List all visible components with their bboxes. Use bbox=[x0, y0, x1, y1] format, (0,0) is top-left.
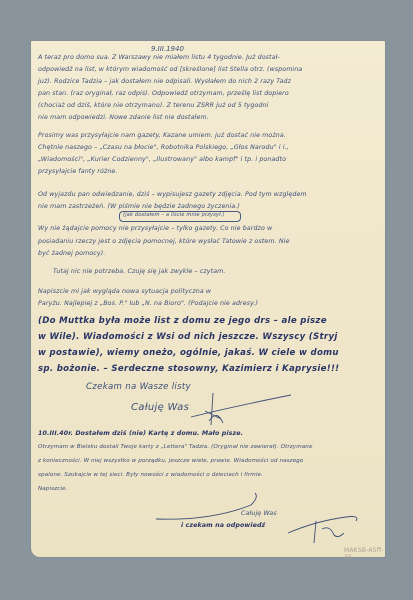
text-line: już). Rodzice Tadzia – jak dostałem nie … bbox=[38, 77, 291, 86]
text-line: z konieczności. W niej wszystko w porząd… bbox=[38, 457, 303, 466]
text-line: sp. bożonie. – Serdeczne stosowny, Kazim… bbox=[38, 365, 339, 374]
pen-stroke-icon bbox=[151, 493, 271, 523]
text-line: spalone. Szukajcie w tej sieci. Były now… bbox=[38, 471, 263, 480]
archive-stamp: MAKSB-A5ff-35 bbox=[344, 547, 385, 561]
text-line: odpowiedź na list, w którym wiadomość od… bbox=[38, 65, 302, 74]
text-line: nie mam zastrzeżeń. (W piśmie nie będzie… bbox=[38, 202, 240, 211]
text-line: Napiszcie mi jak wygląda nowa sytuacja p… bbox=[38, 287, 211, 296]
text-line: Paryżu. Najlepiej z „Bos. P." lub „N. na… bbox=[38, 299, 258, 308]
text-line: A teraz pro domo sua. Z Warszawy nie mia… bbox=[38, 53, 280, 62]
text-line: Prosimy was przysyłajcie nam gazety, Kaz… bbox=[38, 131, 286, 140]
letter-page: 9.III.1940 A teraz pro domo sua. Z Warsz… bbox=[31, 41, 385, 557]
text-line: Wy nie żądajcie pomocy nie przysyłajcie … bbox=[38, 224, 272, 233]
closing-line: Czekam na Wasze listy bbox=[86, 383, 191, 392]
text-line: Napiszcie. bbox=[38, 485, 67, 494]
text-line: w Wile). Wiadomości z Wsi od nich jeszcz… bbox=[38, 333, 338, 342]
text-line: (jak dostałem – a liście mnie przysył.) bbox=[123, 211, 225, 220]
text-line: w postawie), wiemy oneżo, ogólnie, jakaś… bbox=[38, 349, 339, 358]
text-line: przysyłajcie fanty różne. bbox=[38, 167, 118, 176]
text-line: Chętnie naszego – „Czasu na błocie", Rob… bbox=[38, 143, 289, 152]
closing-signature: Całuję Was bbox=[241, 509, 277, 518]
signature-icon bbox=[181, 389, 301, 429]
text-line: nie mam odpowiedzi. Nowe zdanie list nie… bbox=[38, 113, 209, 122]
text-line: „Wiadomości", „Kurier Codzienny", „Ilust… bbox=[38, 155, 286, 164]
text-line: (chociaż od dziś, które nie otrzymano). … bbox=[38, 101, 268, 110]
text-line: pan stan. (raz oryginał, raz odpis). Odp… bbox=[38, 89, 289, 98]
letter-date: 9.III.1940 bbox=[151, 45, 184, 53]
text-line: Tutaj nic nie potrzeba. Czuję się jak zw… bbox=[53, 267, 226, 276]
text-line: posiadaniu rzeczy jest o zdjęcia pomocne… bbox=[38, 237, 289, 246]
text-line: być żadnej pomocy). bbox=[38, 249, 105, 258]
text-line: 10.III.40r. Dostałem dziś (nie) Kartę z … bbox=[38, 429, 243, 438]
signature-icon bbox=[286, 511, 366, 545]
text-line: Otrzymam w Bielsku dostali Twoje karty z… bbox=[38, 443, 313, 452]
text-line: (Do Muttka była może list z domu ze jego… bbox=[38, 317, 327, 326]
perforated-edge bbox=[31, 39, 385, 43]
closing-signature: i czekam na odpowiedź bbox=[181, 521, 265, 530]
text-line: Od wyjazdu pan odwiedzanie, dziś – wypis… bbox=[38, 190, 307, 199]
